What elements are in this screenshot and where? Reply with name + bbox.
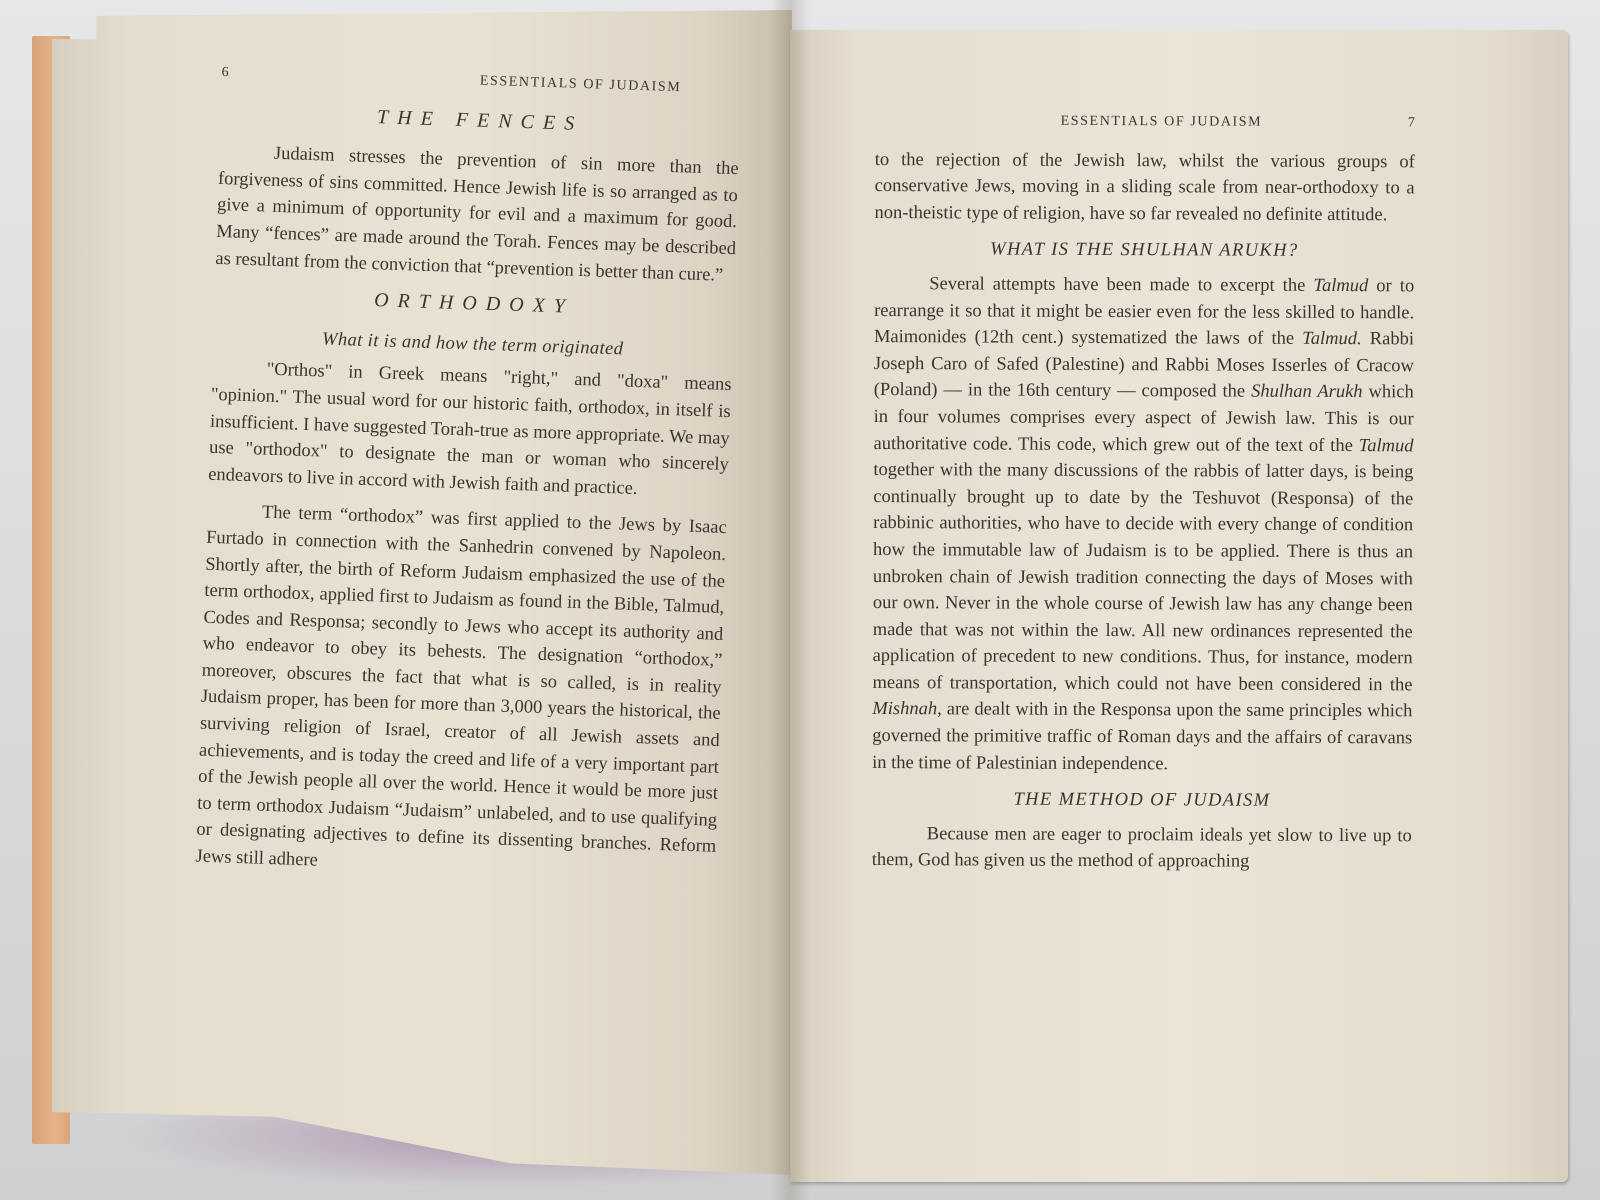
continued-paragraph: to the rejection of the Jewish law, whil… (874, 147, 1414, 229)
text-run: are dealt with in the Responsa upon the … (872, 700, 1412, 774)
section-title-method: THE METHOD OF JUDAISM (872, 786, 1412, 815)
right-page-content: ESSENTIALS OF JUDAISM 7 to the rejection… (872, 108, 1415, 886)
italic-term: Talmud. (1302, 329, 1362, 349)
italic-term: Shulhan Arukh (1251, 382, 1363, 402)
paragraph: Because men are eager to proclaim ideals… (872, 821, 1412, 877)
running-head: ESSENTIALS OF JUDAISM 7 (875, 108, 1415, 137)
italic-term: Mishnah, (872, 699, 941, 719)
paragraph: "Orthos" in Greek means "right," and "do… (208, 355, 732, 505)
italic-term: Talmud (1313, 276, 1368, 296)
section-title-orthodoxy: ORTHODOXY (214, 282, 735, 326)
running-title: ESSENTIALS OF JUDAISM (875, 108, 1408, 137)
running-title: ESSENTIALS OF JUDAISM (479, 69, 681, 102)
page-number: 6 (221, 60, 229, 87)
text-run: Several attempts have been made to excer… (929, 274, 1313, 296)
italic-term: Talmud (1359, 436, 1414, 456)
text-run: together with the many discussions of th… (872, 460, 1413, 695)
paragraph: Several attempts have been made to excer… (872, 271, 1414, 779)
section-title-fences: THE FENCES (220, 99, 741, 143)
left-page-content: 6 ESSENTIALS OF JUDAISM THE FENCES Judai… (195, 60, 742, 897)
paragraph: Judaism stresses the prevention of sin m… (215, 139, 739, 289)
paragraph: The term “orthodox” was first applied to… (195, 498, 727, 887)
page-number: 7 (1408, 110, 1415, 137)
section-title-shulhan-arukh: WHAT IS THE SHULHAN ARUKH? (874, 236, 1414, 265)
